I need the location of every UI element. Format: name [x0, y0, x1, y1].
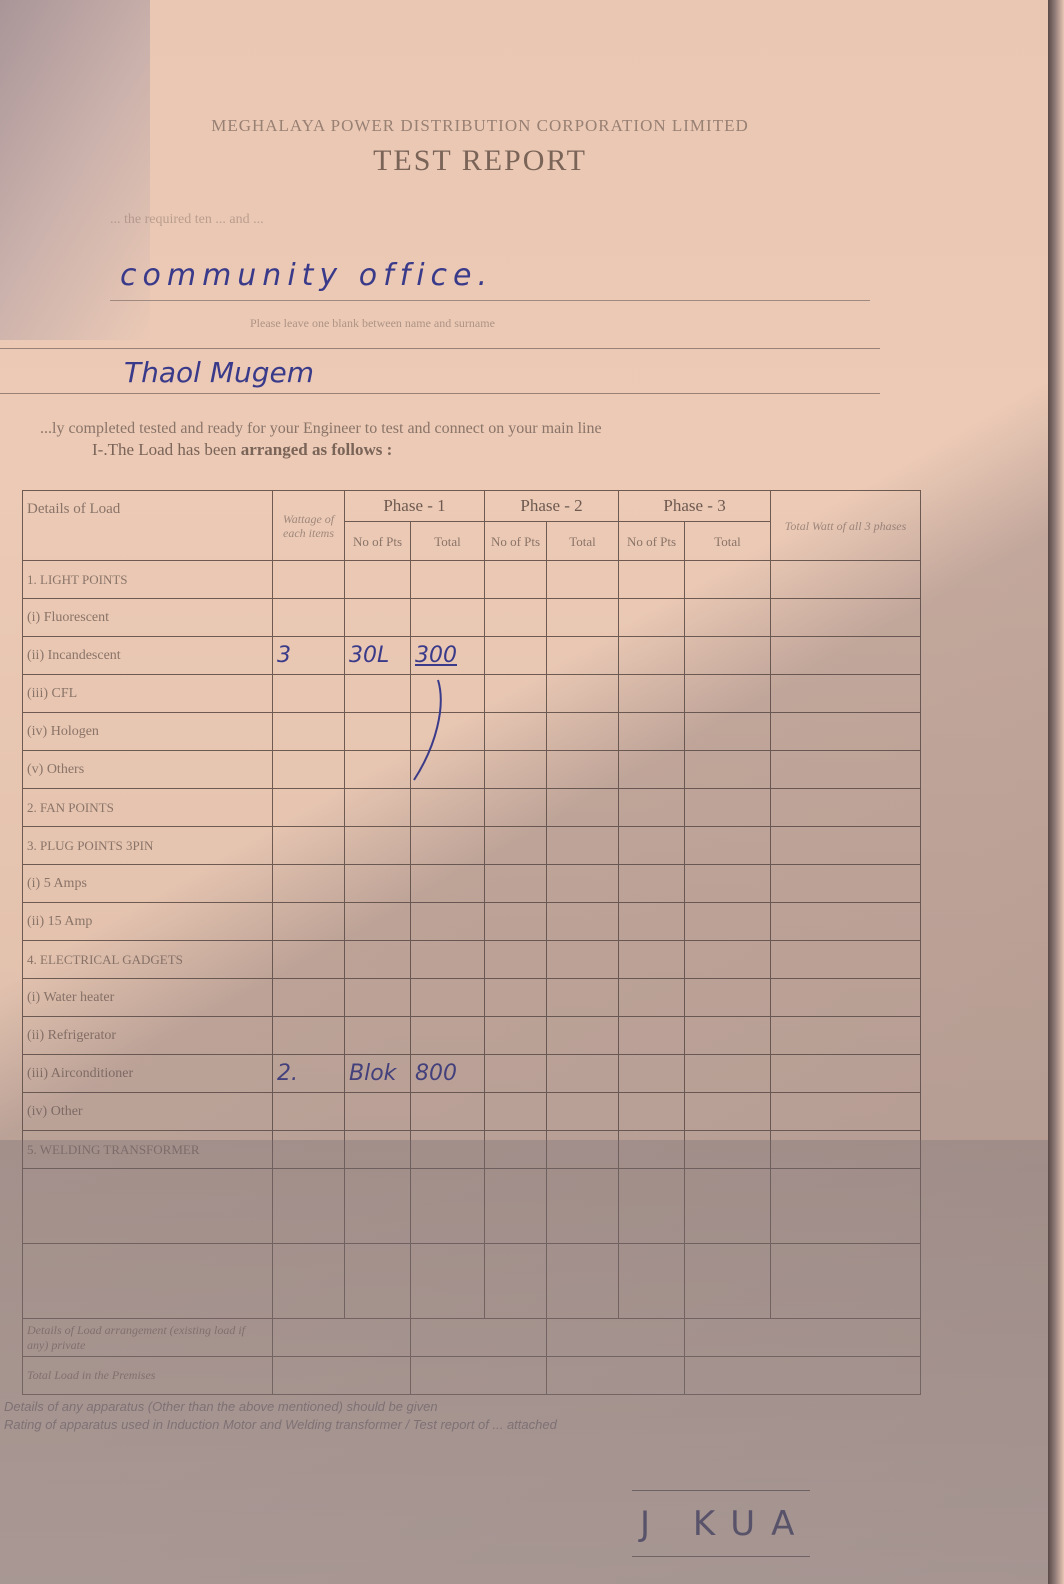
row-label: (iii) Airconditioner — [23, 1055, 273, 1093]
table-row — [23, 1244, 921, 1319]
instruction-note: Please leave one blank between name and … — [250, 316, 495, 331]
document-title: TEST REPORT — [0, 144, 960, 178]
footnote-line-1: Details of any apparatus (Other than the… — [4, 1398, 557, 1416]
row-label: (ii) Incandescent — [23, 637, 273, 675]
header-p2-total: Total — [547, 522, 619, 561]
header-p3-total: Total — [685, 522, 771, 561]
handwritten-p1-pts: 30L — [349, 643, 389, 668]
readiness-statement: ...ly completed tested and ready for you… — [40, 420, 602, 438]
header-p1-total: Total — [411, 522, 485, 561]
intro-prefix: I-.The Load has been — [92, 440, 241, 459]
load-table: Details of Load Wattage of each items Ph… — [22, 490, 921, 1395]
row-label: (i) 5 Amps — [23, 865, 273, 903]
table-row: (ii) 15 Amp — [23, 903, 921, 941]
row-label: 3. PLUG POINTS 3PIN — [23, 827, 273, 865]
handwritten-p1-pts: Blok — [349, 1061, 396, 1086]
handwritten-ditto-stroke-icon — [408, 676, 448, 786]
row-label — [23, 1244, 273, 1319]
row-label — [23, 1169, 273, 1244]
row-label: 5. WELDING TRANSFORMER — [23, 1131, 273, 1169]
footnote-line-2: Rating of apparatus used in Induction Mo… — [4, 1416, 557, 1434]
header-phase-2: Phase - 2 — [485, 491, 619, 522]
table-row: 2. FAN POINTS — [23, 789, 921, 827]
table-row: (i) Water heater — [23, 979, 921, 1017]
row-label: Total Load in the Premises — [23, 1357, 273, 1395]
row-label: 4. ELECTRICAL GADGETS — [23, 941, 273, 979]
table-row — [23, 1169, 921, 1244]
row-label: 2. FAN POINTS — [23, 789, 273, 827]
handwritten-p1-total: 300 — [415, 643, 457, 668]
table-row: Details of Load arrangement (existing lo… — [23, 1319, 921, 1357]
table-row: (iv) Hologen — [23, 713, 921, 751]
header-p3-no-of-pts: No of Pts — [619, 522, 685, 561]
header-p1-no-of-pts: No of Pts — [345, 522, 411, 561]
row-label: (iv) Other — [23, 1093, 273, 1131]
intro-bold: arranged as follows : — [241, 440, 393, 459]
table-row: (iv) Other — [23, 1093, 921, 1131]
header-total-watt: Total Watt of all 3 phases — [771, 491, 921, 561]
header-wattage: Wattage of each items — [273, 491, 345, 561]
header-phase-3: Phase - 3 — [619, 491, 771, 522]
table-row: 1. LIGHT POINTS — [23, 561, 921, 599]
table-row: (v) Others — [23, 751, 921, 789]
name-line-1-rule — [110, 300, 870, 301]
table-row: 3. PLUG POINTS 3PIN — [23, 827, 921, 865]
table-row: (i) Fluorescent — [23, 599, 921, 637]
paper-edge — [1048, 0, 1064, 1584]
document-page: MEGHALAYA POWER DISTRIBUTION CORPORATION… — [0, 0, 1048, 1584]
faint-intro-text: ... the required ten ... and ... — [110, 212, 870, 228]
table-row: (iii) CFL — [23, 675, 921, 713]
row-label: (iv) Hologen — [23, 713, 273, 751]
row-label: (i) Fluorescent — [23, 599, 273, 637]
row-label: (ii) 15 Amp — [23, 903, 273, 941]
handwritten-p1-total: 800 — [415, 1061, 457, 1086]
row-label: (v) Others — [23, 751, 273, 789]
table-row: Total Load in the Premises — [23, 1357, 921, 1395]
table-row: (iii) Airconditioner 2. Blok 800 — [23, 1055, 921, 1093]
handwritten-name-line-1: community office. — [120, 258, 493, 293]
row-label: 1. LIGHT POINTS — [23, 561, 273, 599]
load-arrangement-intro: I-.The Load has been arranged as follows… — [92, 440, 392, 460]
handwritten-name-line-2: Thaol Mugem — [124, 356, 314, 389]
header-p2-no-of-pts: No of Pts — [485, 522, 547, 561]
signature-top-rule — [632, 1490, 810, 1491]
row-label: (iii) CFL — [23, 675, 273, 713]
row-label: (i) Water heater — [23, 979, 273, 1017]
organization-name: MEGHALAYA POWER DISTRIBUTION CORPORATION… — [0, 116, 960, 136]
table-row: 4. ELECTRICAL GADGETS — [23, 941, 921, 979]
table-row: 5. WELDING TRANSFORMER — [23, 1131, 921, 1169]
signature-bottom-rule — [632, 1556, 810, 1557]
signature: J KUA — [640, 1504, 810, 1544]
header-details-of-load: Details of Load — [23, 491, 273, 561]
table-row: (ii) Incandescent 3 30L 300 — [23, 637, 921, 675]
table-row: (ii) Refrigerator — [23, 1017, 921, 1055]
row-label: Details of Load arrangement (existing lo… — [23, 1319, 273, 1357]
row-label: (ii) Refrigerator — [23, 1017, 273, 1055]
handwritten-wattage: 3 — [277, 643, 291, 668]
header-phase-1: Phase - 1 — [345, 491, 485, 522]
footnote: Details of any apparatus (Other than the… — [4, 1398, 557, 1434]
handwritten-wattage: 2. — [277, 1061, 298, 1086]
table-row: (i) 5 Amps — [23, 865, 921, 903]
